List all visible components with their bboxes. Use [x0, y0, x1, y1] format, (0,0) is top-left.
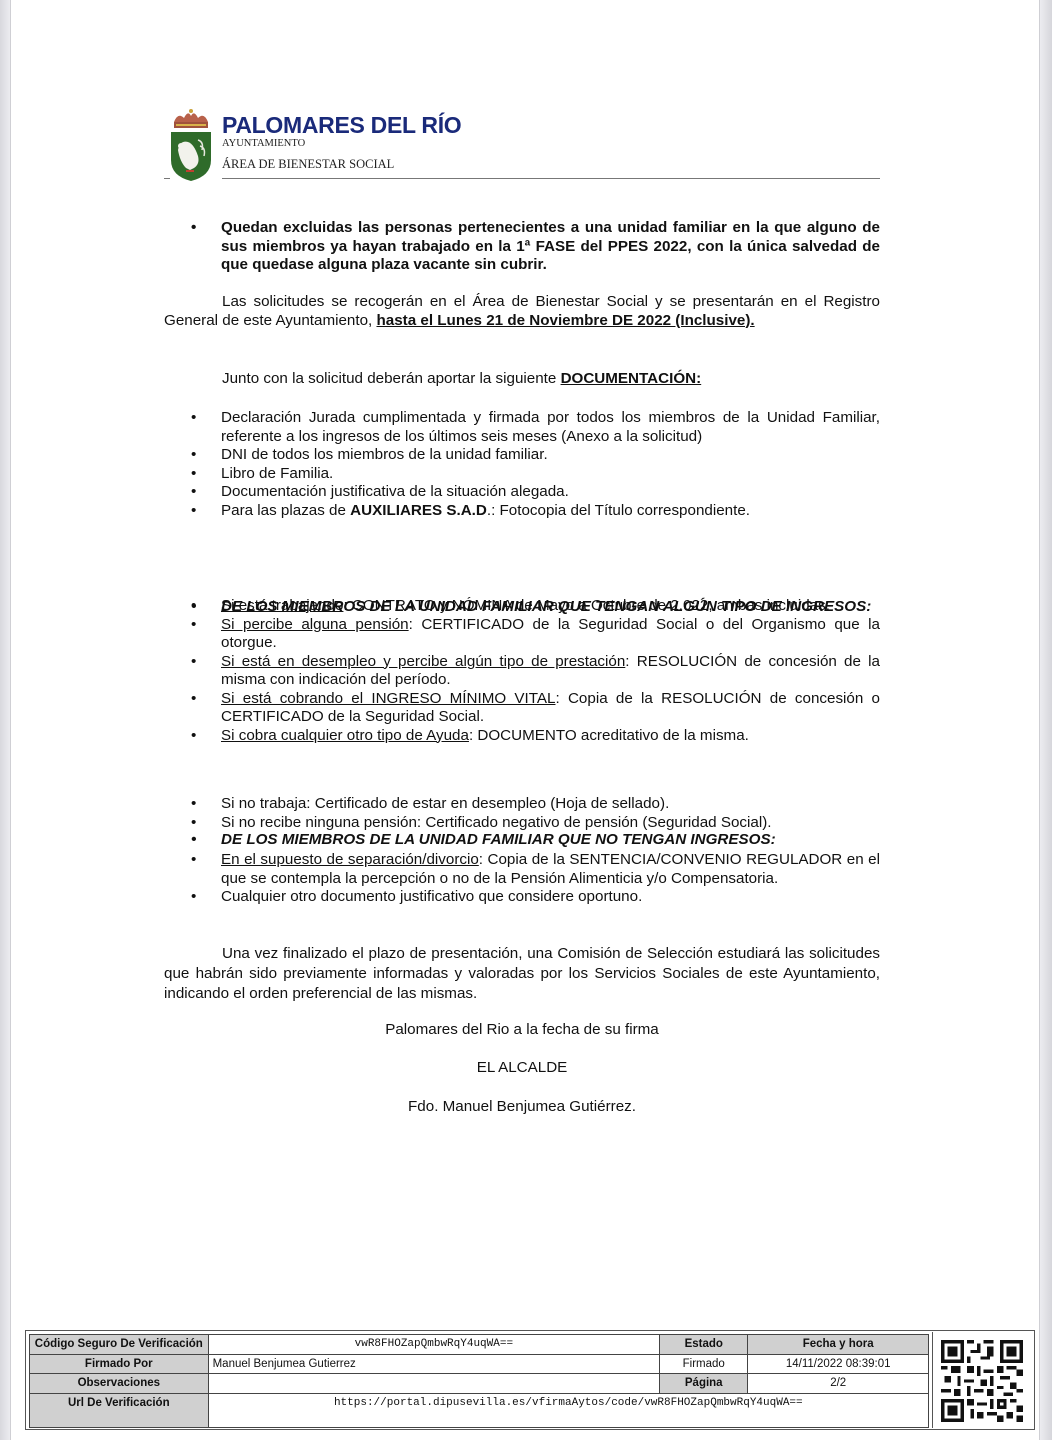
list-item: Si está trabajando: CONTRATO y NÓMINA de… — [164, 597, 880, 616]
url-label: Url De Verificación — [30, 1393, 209, 1427]
letterhead: PALOMARES DEL RÍO AYUNTAMIENTO ÁREA DE B… — [164, 108, 880, 182]
documentation-list: Declaración Jurada cumplimentada y firma… — [164, 409, 880, 520]
code-label: Código Seguro De Verificación — [30, 1335, 209, 1355]
qr-code-icon — [941, 1340, 1023, 1422]
department-name: ÁREA DE BIENESTAR SOCIAL — [222, 157, 394, 172]
documentation-intro-text: Junto con la solicitud deberán aportar l… — [222, 370, 561, 387]
status-label: Estado — [660, 1335, 748, 1355]
status-value: Firmado — [660, 1354, 748, 1374]
signature-line: Fdo. Manuel Benjumea Gutiérrez. — [164, 1098, 880, 1117]
datetime-label: Fecha y hora — [748, 1335, 929, 1355]
page-value: 2/2 — [748, 1374, 929, 1394]
with-income-list: Si está trabajando: CONTRATO y NÓMINA de… — [164, 597, 880, 745]
closing-paragraph: Una vez finalizado el plazo de presentac… — [164, 944, 880, 1004]
other-documents-list: En el supuesto de separación/divorcio: C… — [164, 851, 880, 907]
observations-value — [208, 1374, 660, 1394]
page-edge-left — [0, 0, 10, 1440]
verification-table: Código Seguro De Verificación vwR8FHOZap… — [29, 1334, 929, 1428]
list-item: Declaración Jurada cumplimentada y firma… — [164, 409, 880, 446]
list-item: DNI de todos los miembros de la unidad f… — [164, 446, 880, 465]
datetime-value: 14/11/2022 08:39:01 — [748, 1354, 929, 1374]
list-item: Si no trabaja: Certificado de estar en d… — [164, 795, 880, 814]
list-item: Si está en desempleo y percibe algún tip… — [164, 653, 880, 690]
exclusion-notice: Quedan excluidas las personas pertenecie… — [164, 219, 880, 275]
signed-by-label: Firmado Por — [30, 1354, 209, 1374]
without-income-list: Si no trabaja: Certificado de estar en d… — [164, 795, 880, 832]
observations-label: Observaciones — [30, 1374, 209, 1394]
without-income-heading: DE LOS MIEMBROS DE LA UNIDAD FAMILIAR QU… — [164, 831, 880, 850]
signatory-role: EL ALCALDE — [164, 1059, 880, 1078]
table-row: Observaciones Página 2/2 — [30, 1374, 929, 1394]
list-item: Si no recibe ninguna pensión: Certificad… — [164, 814, 880, 833]
list-item: Cualquier otro documento justificativo q… — [164, 888, 880, 907]
list-item: Para las plazas de AUXILIARES S.A.D.: Fo… — [164, 502, 880, 521]
list-item: Si cobra cualquier otro tipo de Ayuda: D… — [164, 727, 880, 746]
verification-box: Código Seguro De Verificación vwR8FHOZap… — [25, 1330, 1035, 1430]
header-rule-tick — [164, 178, 170, 179]
list-item: Libro de Familia. — [164, 465, 880, 484]
submission-deadline: hasta el Lunes 21 de Noviembre DE 2022 (… — [376, 312, 754, 329]
scrollbar-track[interactable] — [1040, 0, 1052, 1440]
verification-code: vwR8FHOZapQmbwRqY4uqWA== — [208, 1335, 660, 1355]
list-item: Si está cobrando el INGRESO MÍNIMO VITAL… — [164, 690, 880, 727]
table-row: Código Seguro De Verificación vwR8FHOZap… — [30, 1335, 929, 1355]
qr-container — [932, 1332, 1033, 1428]
table-row: Firmado Por Manuel Benjumea Gutierrez Fi… — [30, 1354, 929, 1374]
documentation-intro: Junto con la solicitud deberán aportar l… — [164, 370, 880, 389]
page-label: Página — [660, 1374, 748, 1394]
documentation-heading: DOCUMENTACIÓN: — [561, 370, 702, 387]
verification-url[interactable]: https://portal.dipusevilla.es/vfirmaAyto… — [208, 1393, 928, 1427]
submission-paragraph: Las solicitudes se recogerán en el Área … — [164, 293, 880, 330]
municipality-name: PALOMARES DEL RÍO — [222, 112, 461, 139]
entity-name: AYUNTAMIENTO — [222, 138, 305, 149]
list-item: Si percibe alguna pensión: CERTIFICADO d… — [164, 616, 880, 653]
signed-by-value: Manuel Benjumea Gutierrez — [208, 1354, 660, 1374]
place-date: Palomares del Rio a la fecha de su firma — [164, 1021, 880, 1040]
coat-of-arms-icon — [168, 108, 214, 182]
table-row: Url De Verificación https://portal.dipus… — [30, 1393, 929, 1427]
list-item: Documentación justificativa de la situac… — [164, 483, 880, 502]
list-item: En el supuesto de separación/divorcio: C… — [164, 851, 880, 888]
header-rule — [222, 178, 880, 179]
exclusion-text: Quedan excluidas las personas pertenecie… — [221, 219, 880, 273]
